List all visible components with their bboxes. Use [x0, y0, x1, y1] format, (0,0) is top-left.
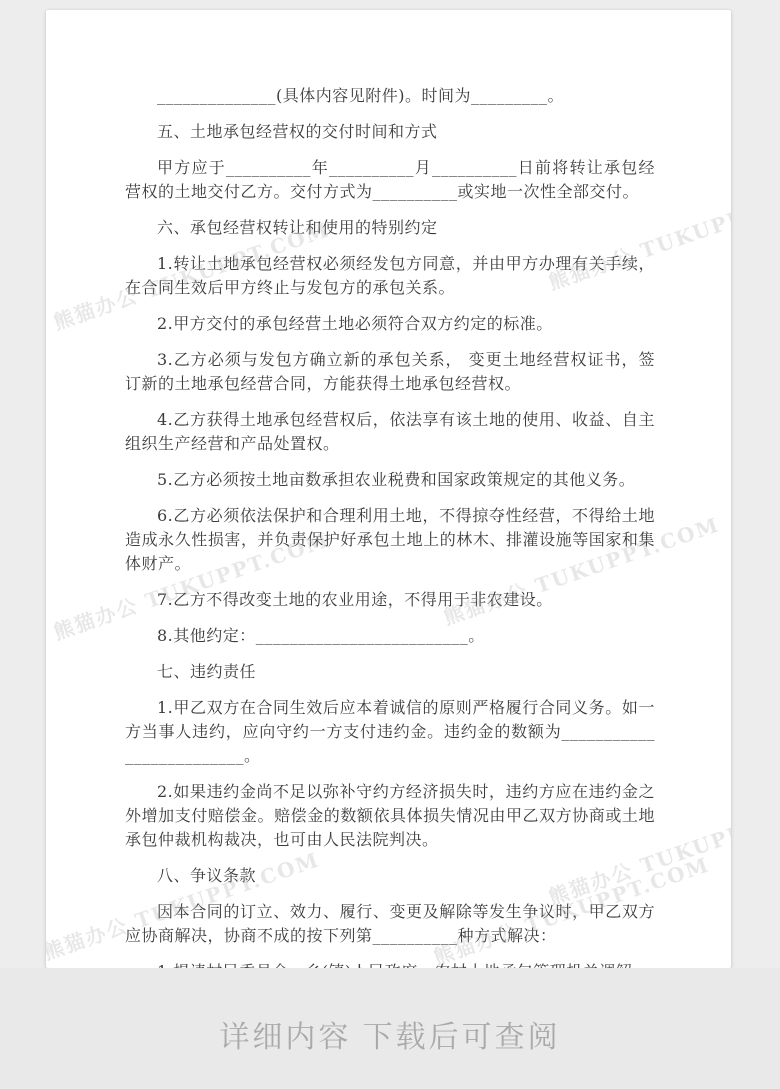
- para-usage-rights: 4.乙方获得土地承包经营权后，依法享有该土地的使用、收益、自主组织生产经营和产品…: [125, 408, 655, 456]
- para-land-standard: 2.甲方交付的承包经营土地必须符合双方约定的标准。: [125, 312, 655, 336]
- heading-section-6: 六、承包经营权转让和使用的特别约定: [125, 216, 655, 240]
- heading-section-5: 五、土地承包经营权的交付时间和方式: [125, 120, 655, 144]
- para-land-protection: 6.乙方必须依法保护和合理利用土地，不得掠夺性经营，不得给土地造成永久性损害，并…: [125, 504, 655, 576]
- para-mediation: 1.提请村民委员会、乡(镇)人民政府、农村土地承包管理机关调解;: [125, 960, 655, 968]
- para-taxes-obligations: 5.乙方必须按土地亩数承担农业税费和国家政策规定的其他义务。: [125, 468, 655, 492]
- document-page: 熊猫办公 TUKUPPT.COM 熊猫办公 TUKUPPT.COM 熊猫办公 T…: [46, 10, 731, 968]
- para-dispute-resolution: 因本合同的订立、效力、履行、变更及解除等发生争议时，甲乙双方应协商解决，协商不成…: [125, 900, 655, 948]
- para-transfer-consent: 1.转让土地承包经营权必须经发包方同意，并由甲方办理有关手续，在合同生效后甲方终…: [125, 252, 655, 300]
- para-delivery-time: 甲方应于__________年__________月__________日前将转…: [125, 156, 655, 204]
- heading-section-7: 七、违约责任: [125, 660, 655, 684]
- para-agricultural-use: 7.乙方不得改变土地的农业用途，不得用于非农建设。: [125, 588, 655, 612]
- para-other-agreements: 8.其他约定：_________________________。: [125, 624, 655, 648]
- page-background: 熊猫办公 TUKUPPT.COM 熊猫办公 TUKUPPT.COM 熊猫办公 T…: [0, 0, 780, 1089]
- para-new-contract: 3.乙方必须与发包方确立新的承包关系， 变更土地经营权证书，签订新的土地承包经营…: [125, 348, 655, 396]
- download-note: 详细内容 下载后可查阅: [0, 1012, 780, 1056]
- heading-section-8: 八、争议条款: [125, 864, 655, 888]
- attachment-note-line: ______________(具体内容见附件)。时间为_________。: [125, 84, 655, 108]
- para-compensation: 2.如果违约金尚不足以弥补守约方经济损失时，违约方应在违约金之外增加支付赔偿金。…: [125, 780, 655, 852]
- para-breach-penalty: 1.甲乙双方在合同生效后应本着诚信的原则严格履行合同义务。如一方当事人违约，应向…: [125, 696, 655, 768]
